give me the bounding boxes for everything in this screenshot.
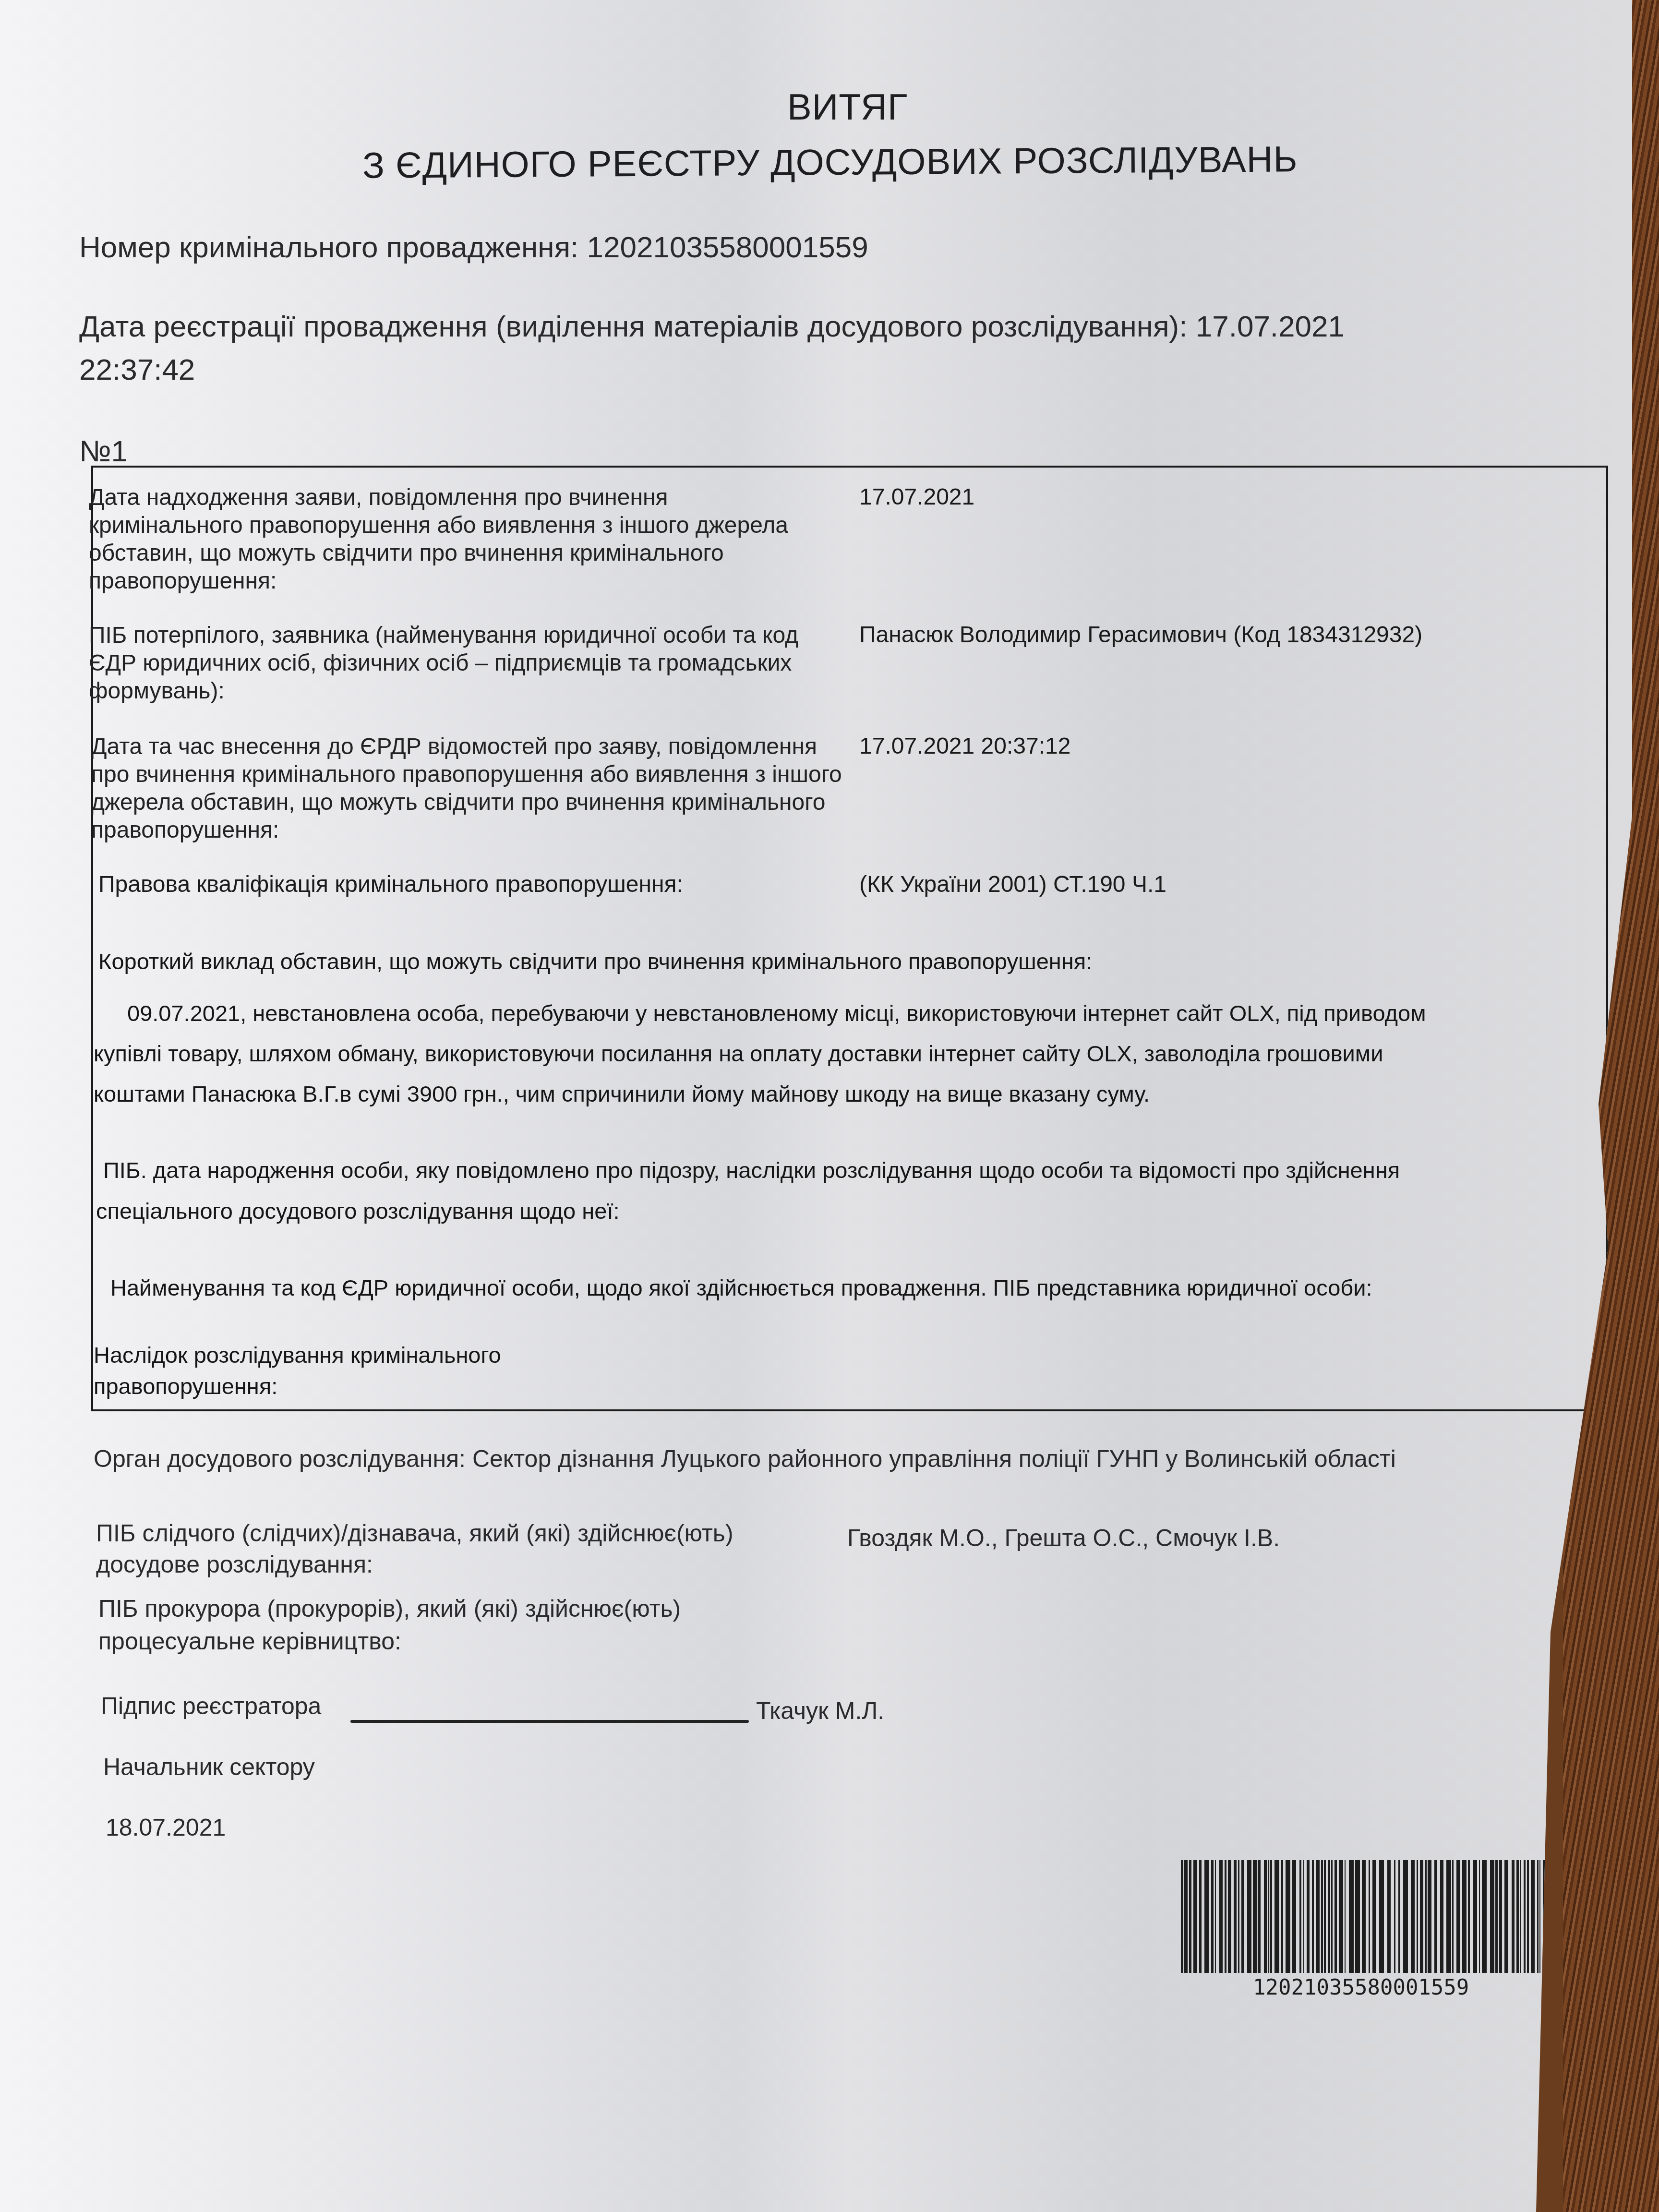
investigators-label: ПІБ слідчого (слідчих)/дізнавача, який (… — [96, 1519, 733, 1547]
registrar-signature-label: Підпис реєстратора — [101, 1692, 321, 1720]
table-row-label: ПІБ потерпілого, заявника (найменування … — [89, 622, 809, 705]
prosecutor-label: процесуальне керівництво: — [98, 1627, 401, 1655]
legal-entity-label: Найменування та код ЄДР юридичної особи,… — [110, 1274, 1372, 1301]
investigators-label: досудове розслідування: — [96, 1551, 373, 1578]
summary-line: коштами Панасюка В.Г.в сумі 3900 грн., ч… — [94, 1081, 1150, 1107]
registration-date-label: Дата реєстрації провадження (виділення м… — [79, 310, 1187, 343]
issue-date: 18.07.2021 — [106, 1814, 226, 1841]
barcode — [1181, 1860, 1579, 1973]
document-subtitle: З ЄДИНОГО РЕЄСТРУ ДОСУДОВИХ РОЗСЛІДУВАНЬ — [362, 138, 1298, 187]
document-title: ВИТЯГ — [787, 86, 908, 128]
signature-line — [350, 1720, 749, 1723]
register-table — [91, 466, 1608, 1411]
table-row-value: 17.07.2021 20:37:12 — [859, 733, 1070, 759]
investigation-body-label: Орган досудового розслідування: — [94, 1445, 466, 1472]
table-row-value: (КК України 2001) СТ.190 Ч.1 — [859, 871, 1166, 898]
summary-label: Короткий виклад обставин, що можуть свід… — [98, 948, 1092, 974]
case-number-label: Номер кримінального провадження: — [79, 231, 578, 264]
investigation-body-row: Орган досудового розслідування: Сектор д… — [94, 1445, 1396, 1473]
table-row-label: Правова кваліфікація кримінального право… — [98, 871, 683, 898]
suspect-label: ПІБ. дата народження особи, яку повідомл… — [103, 1157, 1400, 1183]
table-row-label: Дата та час внесення до ЄРДР відомостей … — [91, 733, 859, 844]
table-row-value: Панасюк Володимир Герасимович (Код 18343… — [859, 622, 1422, 648]
table-row-label: Дата надходження заяви, повідомлення про… — [89, 484, 794, 595]
investigators-names: Гвоздяк М.О., Грешта О.С., Смочук І.В. — [847, 1524, 1280, 1552]
case-number: 12021035580001559 — [587, 231, 868, 264]
registration-date-row: Дата реєстрації провадження (виділення м… — [79, 310, 1345, 344]
barcode-number: 12021035580001559 — [1253, 1975, 1469, 2000]
investigation-body: Сектор дізнання Луцького районного управ… — [472, 1445, 1396, 1472]
suspect-label: спеціального досудового розслідування що… — [96, 1198, 620, 1224]
registrar-name: Ткачук М.Л. — [756, 1697, 884, 1725]
result-label: правопорушення: — [94, 1373, 277, 1399]
result-label: Наслідок розслідування кримінального — [94, 1342, 501, 1368]
registration-date: 17.07.2021 — [1196, 310, 1345, 343]
prosecutor-label: ПІБ прокурора (прокурорів), який (які) з… — [98, 1595, 681, 1623]
document-page: ВИТЯГ З ЄДИНОГО РЕЄСТРУ ДОСУДОВИХ РОЗСЛІ… — [0, 0, 1632, 2212]
table-row-value: 17.07.2021 — [859, 484, 974, 510]
section-number: №1 — [79, 434, 128, 469]
summary-line: 09.07.2021, невстановлена особа, перебув… — [127, 1000, 1426, 1026]
registration-time: 22:37:42 — [79, 353, 195, 387]
head-of-sector-label: Начальник сектору — [103, 1753, 315, 1781]
summary-line: купівлі товару, шляхом обману, використо… — [94, 1040, 1383, 1067]
case-number-row: Номер кримінального провадження: 1202103… — [79, 230, 868, 264]
